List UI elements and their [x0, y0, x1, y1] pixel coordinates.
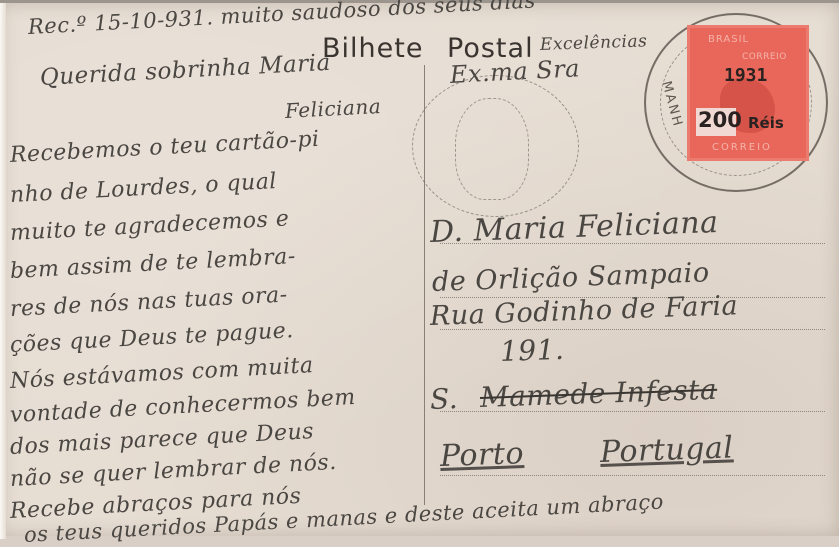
- stamp-bottom-text: CORREIO: [712, 142, 772, 153]
- message-line: Recebemos o teu cartão-pi: [9, 127, 320, 168]
- address-locality-struck: Mamede Infesta: [479, 373, 717, 414]
- message-line: muito te agradecemos e: [9, 206, 290, 246]
- message-line: nho de Lourdes, o qual: [9, 169, 277, 208]
- postage-stamp: BRASIL CORREIO 1931 200 Réis CORREIO: [690, 28, 806, 158]
- postmark-left-text: MANH: [658, 80, 685, 130]
- stamp-overprint-value: 200: [698, 108, 742, 132]
- stamp-country: BRASIL: [708, 34, 749, 45]
- address-city: Porto: [439, 436, 524, 474]
- message-line: Nós estávamos com muita: [9, 353, 314, 394]
- greeting-name: Feliciana: [284, 94, 381, 123]
- address-prefix: S.: [429, 382, 458, 416]
- salutation: Ex.ma Sra: [449, 54, 580, 89]
- faint-postmark: [412, 75, 579, 217]
- stamp-currency: Réis: [748, 114, 784, 132]
- message-line: res de nós nas tuas ora-: [9, 282, 288, 322]
- header-note-trail: Excelências: [540, 31, 648, 55]
- message-line: ções que Deus te pague.: [9, 318, 294, 358]
- message-line: bem assim de te lembra-: [9, 244, 296, 284]
- address-dotted-line-5: [440, 475, 825, 476]
- greeting: Querida sobrinha Maria: [39, 50, 331, 91]
- address-country: Portugal: [599, 430, 734, 470]
- address-number: 191.: [499, 333, 564, 368]
- stamp-service: CORREIO: [742, 52, 787, 62]
- stamp-overprint-year: 1931: [724, 65, 767, 86]
- postcard: Bilhete Postal SC.VII MANH BRASIL CORREI…: [0, 0, 839, 536]
- card-edge: [0, 3, 6, 536]
